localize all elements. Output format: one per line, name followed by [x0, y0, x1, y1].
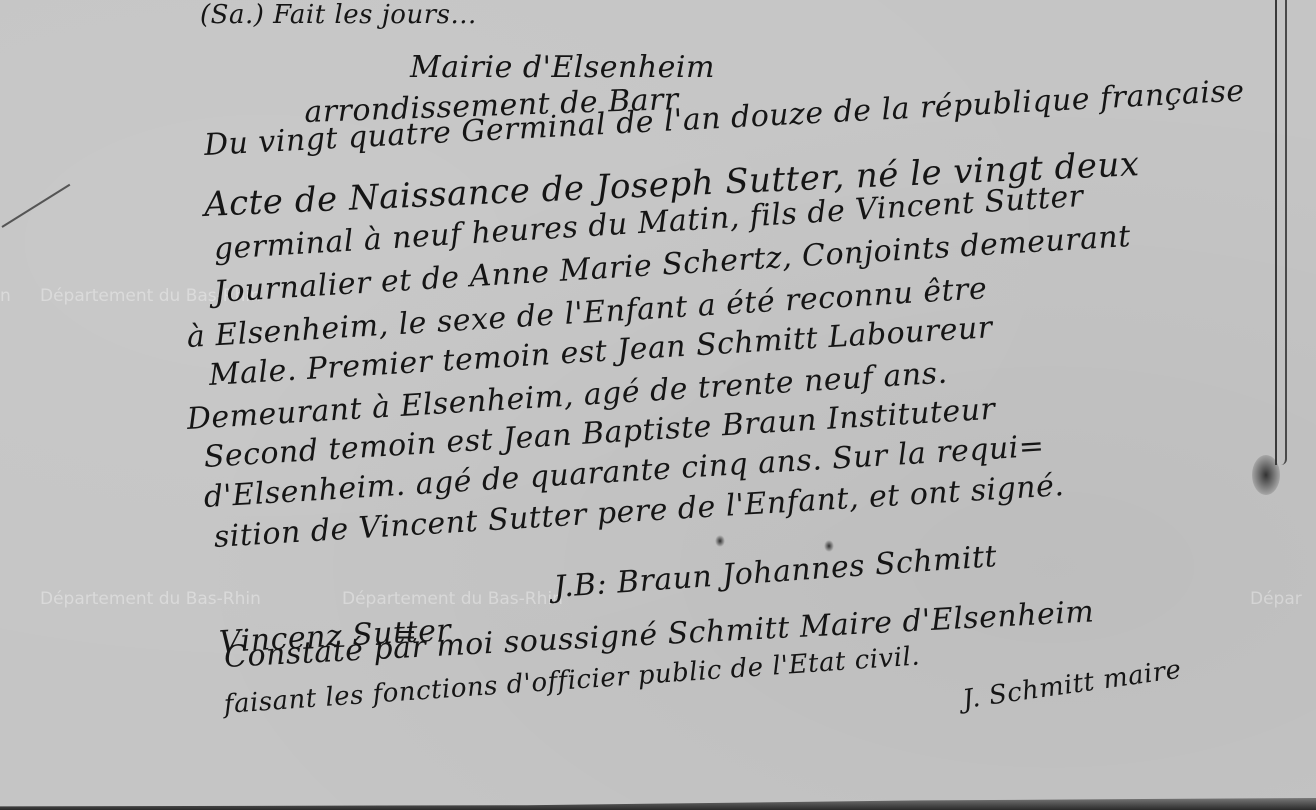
ink-blot	[1252, 455, 1280, 495]
header-fragment: (Sa.) Fait les jours...	[200, 0, 477, 30]
mairie-heading: Mairie d'Elsenheim	[410, 50, 715, 85]
watermark: Département du Bas-Rhin	[342, 589, 563, 609]
watermark: Département du Bas-Rhin	[40, 589, 261, 609]
watermark-partial-right: Dépar	[1250, 589, 1302, 609]
ink-spot	[715, 535, 725, 547]
margin-rule	[1275, 0, 1287, 465]
watermark-partial-left: n	[0, 286, 11, 306]
